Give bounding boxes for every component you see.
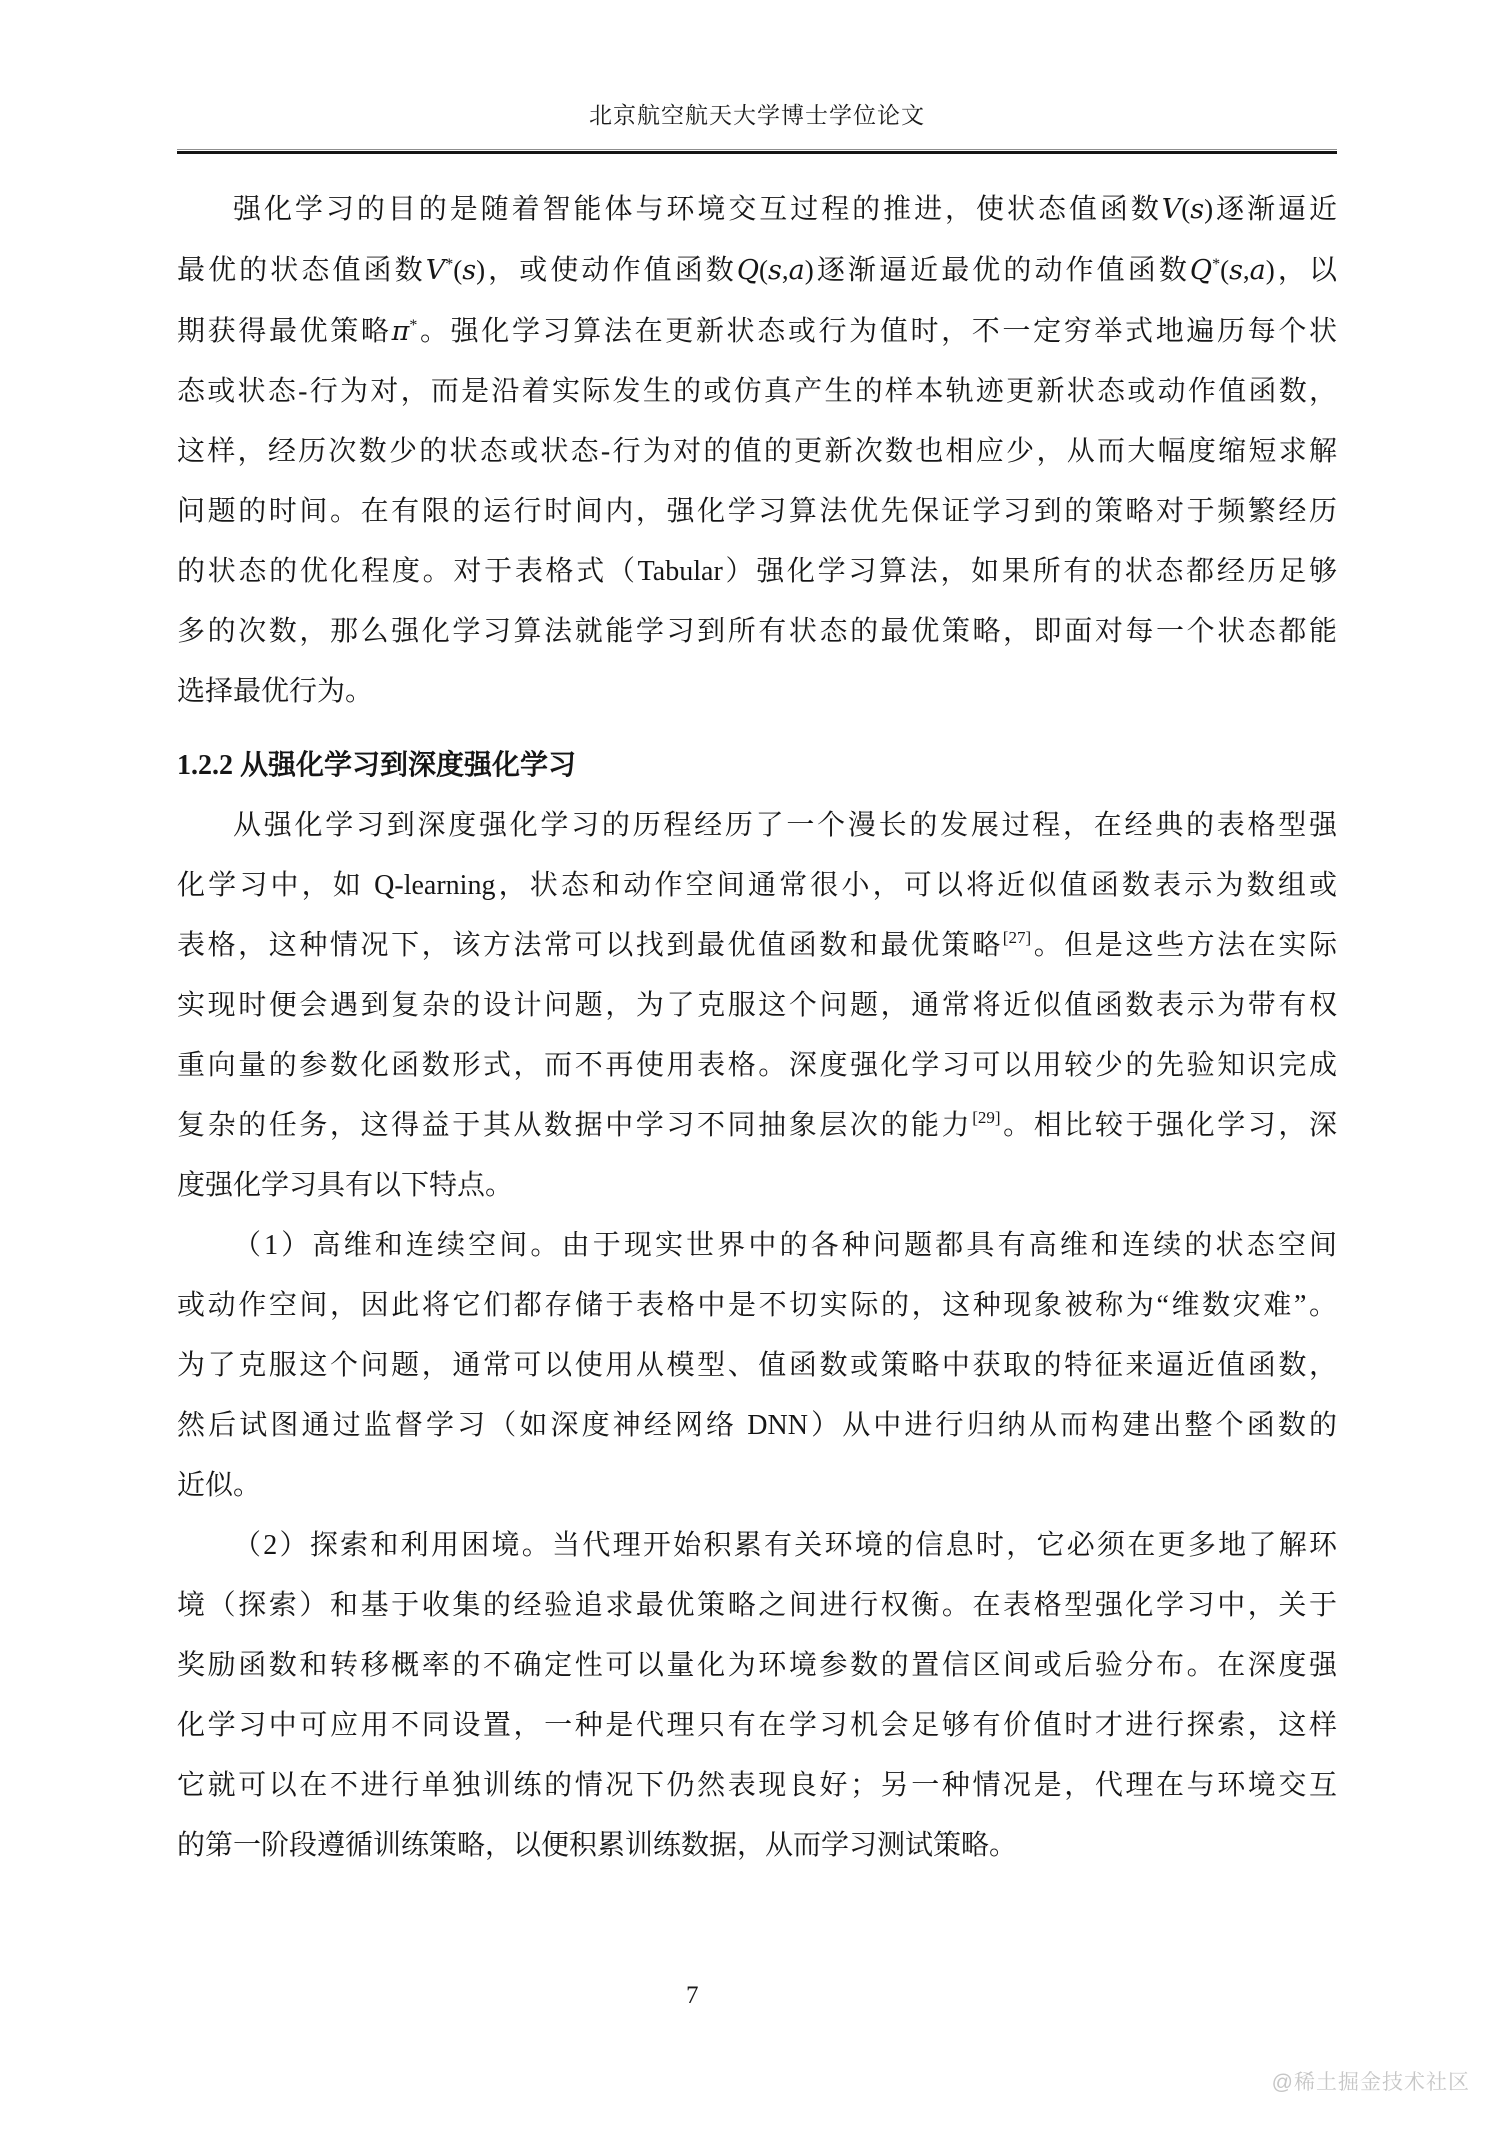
text-line: 强化学习的目的是随着智能体与环境交互过程的推进，使状态值函数V(s)逐渐逼近 (177, 179, 1337, 240)
text-line: 化学习中可应用不同设置，一种是代理只有在学习机会足够有价值时才进行探索，这样 (177, 1696, 1337, 1756)
text-line: 度强化学习具有以下特点。 (177, 1156, 1337, 1216)
text-line: 它就可以在不进行单独训练的情况下仍然表现良好；另一种情况是，代理在与环境交互 (177, 1756, 1337, 1816)
text-line: 为了克服这个问题，通常可以使用从模型、值函数或策略中获取的特征来逼近值函数， (177, 1336, 1337, 1396)
text-line: （1）高维和连续空间。由于现实世界中的各种问题都具有高维和连续的状态空间 (177, 1216, 1337, 1276)
text-line: 从强化学习到深度强化学习的历程经历了一个漫长的发展过程，在经典的表格型强 (177, 796, 1337, 856)
text-line: 然后试图通过监督学习（如深度神经网络 DNN）从中进行归纳从而构建出整个函数的 (177, 1396, 1337, 1456)
math-expression: π* (392, 316, 418, 346)
text-line: 期获得最优策略π*。强化学习算法在更新状态或行为值时，不一定穷举式地遍历每个状 (177, 301, 1337, 362)
section-heading: 1.2.2 从强化学习到深度强化学习 (177, 736, 1337, 796)
text-line: 最优的状态值函数V*(s)，或使动作值函数Q(s,a)逐渐逼近最优的动作值函数Q… (177, 240, 1337, 301)
header-rule (177, 149, 1337, 154)
text-line: 多的次数，那么强化学习算法就能学习到所有状态的最优策略，即面对每一个状态都能 (177, 602, 1337, 662)
watermark: @稀土掘金技术社区 (1272, 2070, 1470, 2096)
text-line: 的第一阶段遵循训练策略，以便积累训练数据，从而学习测试策略。 (177, 1816, 1337, 1876)
text-line: 复杂的任务，这得益于其从数据中学习不同抽象层次的能力[29]。相比较于强化学习，… (177, 1096, 1337, 1156)
text-line: 这样，经历次数少的状态或状态-行为对的值的更新次数也相应少，从而大幅度缩短求解 (177, 422, 1337, 482)
text-line: 实现时便会遇到复杂的设计问题，为了克服这个问题，通常将近似值函数表示为带有权 (177, 976, 1337, 1036)
text-line: 选择最优行为。 (177, 662, 1337, 722)
text-line: 问题的时间。在有限的运行时间内，强化学习算法优先保证学习到的策略对于频繁经历 (177, 482, 1337, 542)
citation-ref: [29] (972, 1108, 1000, 1127)
citation-ref: [27] (1003, 928, 1031, 947)
text-line: 境（探索）和基于收集的经验追求最优策略之间进行权衡。在表格型强化学习中，关于 (177, 1576, 1337, 1636)
text-line: 或动作空间，因此将它们都存储于表格中是不切实际的，这种现象被称为“维数灾难”。 (177, 1276, 1337, 1336)
math-expression: V*(s) (426, 255, 485, 285)
text-line: 化学习中，如 Q-learning，状态和动作空间通常很小，可以将近似值函数表示… (177, 856, 1337, 916)
text-line: 表格，这种情况下，该方法常可以找到最优值函数和最优策略[27]。但是这些方法在实… (177, 916, 1337, 976)
text-line: 近似。 (177, 1456, 1337, 1516)
text-line: 奖励函数和转移概率的不确定性可以量化为环境参数的置信区间或后验分布。在深度强 (177, 1636, 1337, 1696)
page-number: 7 (686, 1980, 699, 2012)
math-expression: Q(s,a) (737, 255, 814, 285)
document-body: 强化学习的目的是随着智能体与环境交互过程的推进，使状态值函数V(s)逐渐逼近最优… (177, 179, 1337, 1876)
text-line: 的状态的优化程度。对于表格式（Tabular）强化学习算法，如果所有的状态都经历… (177, 542, 1337, 602)
text-line: （2）探索和利用困境。当代理开始积累有关环境的信息时，它必须在更多地了解环 (177, 1516, 1337, 1576)
math-expression: V(s) (1162, 194, 1213, 224)
page-header: 北京航空航天大学博士学位论文 (177, 100, 1337, 132)
text-line: 态或状态-行为对，而是沿着实际发生的或仿真产生的样本轨迹更新状态或动作值函数， (177, 362, 1337, 422)
document-page: 北京航空航天大学博士学位论文 强化学习的目的是随着智能体与环境交互过程的推进，使… (0, 0, 1512, 2138)
math-expression: Q*(s,a) (1190, 255, 1275, 285)
text-line: 重向量的参数化函数形式，而不再使用表格。深度强化学习可以用较少的先验知识完成 (177, 1036, 1337, 1096)
